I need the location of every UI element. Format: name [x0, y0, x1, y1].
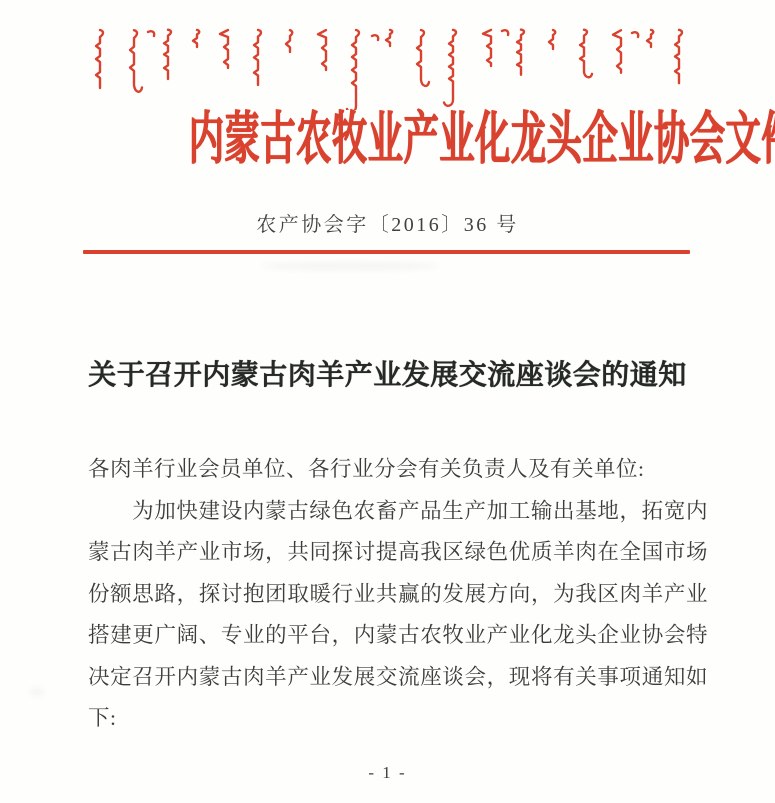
mongolian-script-header — [92, 28, 690, 110]
body-line: 蒙古肉羊产业市场，共同探讨提高我区绿色优质羊肉在全国市场 — [88, 532, 708, 574]
body-line: 搭建更广阔、专业的平台，内蒙古农牧业产业化龙头企业协会特 — [88, 615, 708, 657]
scanned-document-page: 内蒙古农牧业产业化龙头企业协会文件 农产协会字〔2016〕36 号 关于召开内蒙… — [0, 0, 775, 803]
salutation-line: 各肉羊行业会员单位、各行业分会有关负责人及有关单位: — [88, 449, 708, 491]
document-number: 农产协会字〔2016〕36 号 — [0, 210, 775, 240]
body-line: 为加快建设内蒙古绿色农畜产品生产加工输出基地，拓宽内 — [88, 491, 708, 533]
org-banner-title: 内蒙古农牧业产业化龙头企业协会文件 — [0, 108, 775, 186]
org-banner-title-text: 内蒙古农牧业产业化龙头企业协会文件 — [189, 108, 775, 172]
body-line: 决定召开内蒙古肉羊产业发展交流座谈会，现将有关事项通知如 — [88, 657, 708, 699]
notice-title: 关于召开内蒙古肉羊产业发展交流座谈会的通知 — [0, 358, 775, 394]
page-number: - 1 - — [0, 761, 775, 785]
scan-smudge — [260, 262, 440, 270]
scan-smudge — [30, 688, 44, 696]
body-line: 下: — [88, 698, 708, 740]
body-line: 份额思路，探讨抱团取暖行业共赢的发展方向，为我区肉羊产业 — [88, 574, 708, 616]
red-divider-line — [83, 250, 690, 254]
notice-body: 各肉羊行业会员单位、各行业分会有关负责人及有关单位: 为加快建设内蒙古绿色农畜产… — [88, 449, 708, 740]
